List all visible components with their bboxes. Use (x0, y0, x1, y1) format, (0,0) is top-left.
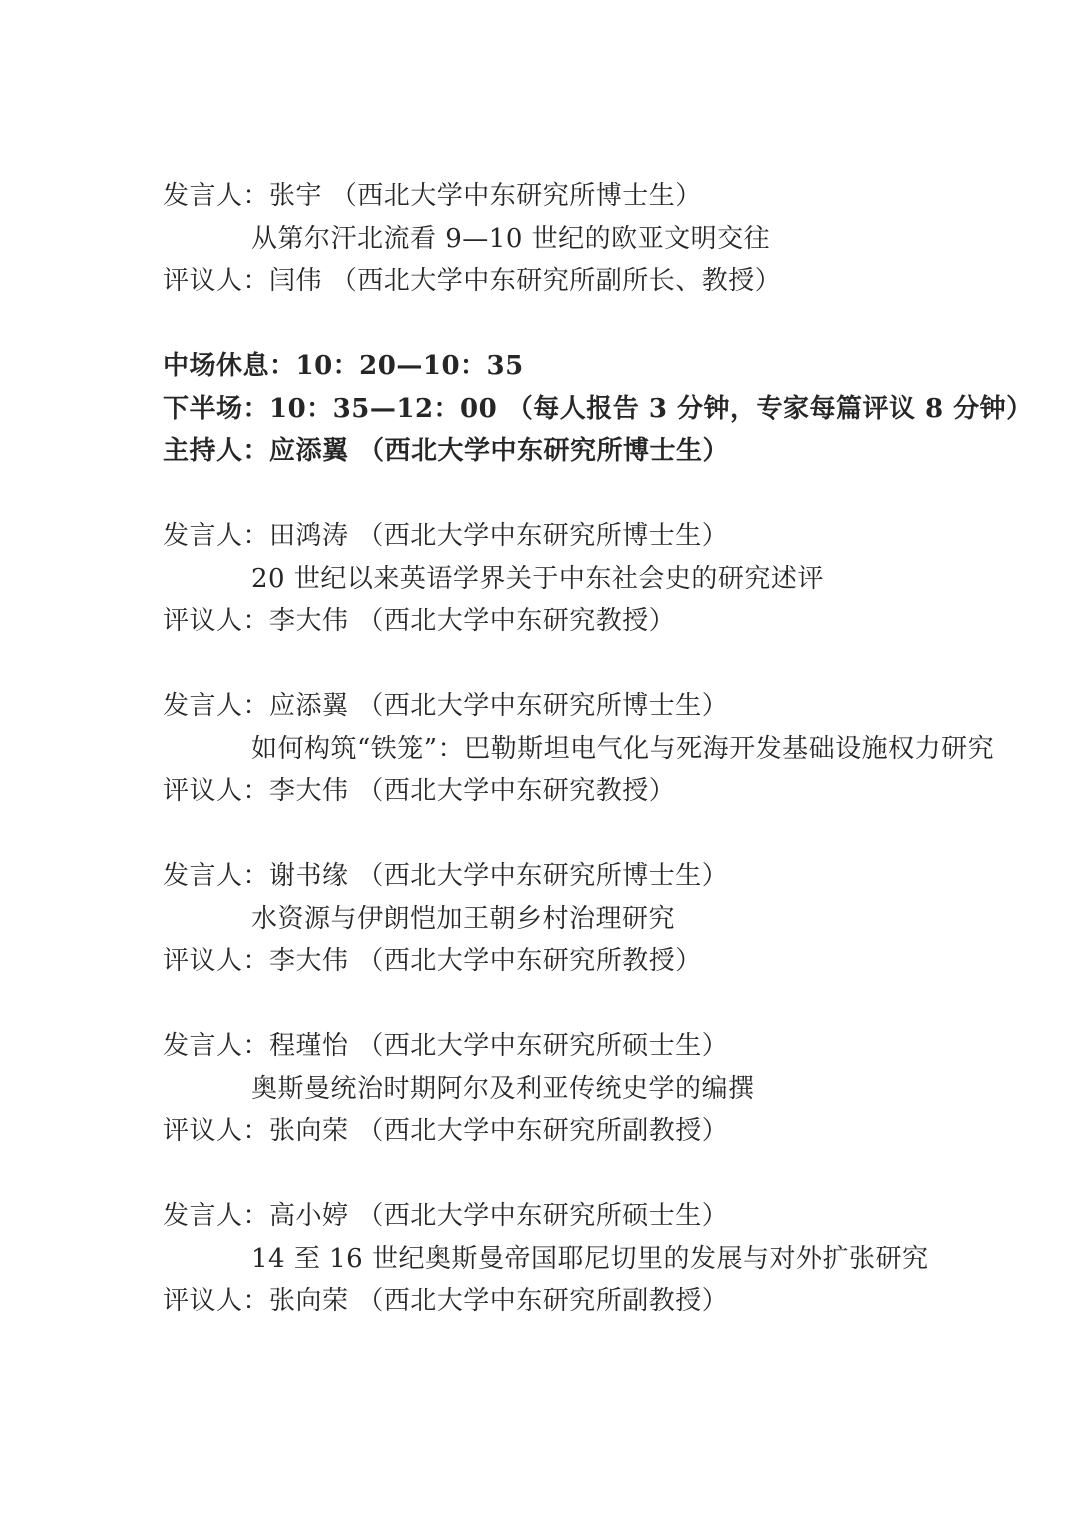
break-time-line: 中场休息：10：20—10：35 (163, 345, 1020, 388)
second-half-time-line: 下半场：10：35—12：00 （每人报告 3 分钟，专家每篇评议 8 分钟） (163, 388, 1020, 431)
paper-title-line: 从第尔汗北流看 9—10 世纪的欧亚文明交往 (163, 218, 1020, 261)
paper-title-line: 如何构筑“铁笼”：巴勒斯坦电气化与死海开发基础设施权力研究 (163, 728, 1020, 771)
speaker-line: 发言人：张宇 （西北大学中东研究所博士生） (163, 175, 1020, 218)
speaker-line: 发言人：程瑾怡 （西北大学中东研究所硕士生） (163, 1025, 1020, 1068)
paper-title-line: 20 世纪以来英语学界关于中东社会史的研究述评 (163, 558, 1020, 601)
paper-title-line: 奥斯曼统治时期阿尔及利亚传统史学的编撰 (163, 1068, 1020, 1111)
session-block: 发言人：田鸿涛 （西北大学中东研究所博士生） 20 世纪以来英语学界关于中东社会… (163, 515, 1020, 643)
host-line: 主持人：应添翼 （西北大学中东研究所博士生） (163, 430, 1020, 473)
session-block: 发言人：应添翼 （西北大学中东研究所博士生） 如何构筑“铁笼”：巴勒斯坦电气化与… (163, 685, 1020, 813)
speaker-line: 发言人：应添翼 （西北大学中东研究所博士生） (163, 685, 1020, 728)
schedule-block: 中场休息：10：20—10：35 下半场：10：35—12：00 （每人报告 3… (163, 345, 1020, 473)
session-block: 发言人：高小婷 （西北大学中东研究所硕士生） 14 至 16 世纪奥斯曼帝国耶尼… (163, 1195, 1020, 1323)
reviewer-line: 评议人：李大伟 （西北大学中东研究所教授） (163, 940, 1020, 983)
session-block: 发言人：张宇 （西北大学中东研究所博士生） 从第尔汗北流看 9—10 世纪的欧亚… (163, 175, 1020, 303)
speaker-line: 发言人：谢书缘 （西北大学中东研究所博士生） (163, 855, 1020, 898)
paper-title-line: 14 至 16 世纪奥斯曼帝国耶尼切里的发展与对外扩张研究 (163, 1238, 1020, 1281)
document-page: 发言人：张宇 （西北大学中东研究所博士生） 从第尔汗北流看 9—10 世纪的欧亚… (0, 0, 1080, 1527)
speaker-line: 发言人：高小婷 （西北大学中东研究所硕士生） (163, 1195, 1020, 1238)
session-block: 发言人：程瑾怡 （西北大学中东研究所硕士生） 奥斯曼统治时期阿尔及利亚传统史学的… (163, 1025, 1020, 1153)
reviewer-line: 评议人：李大伟 （西北大学中东研究教授） (163, 770, 1020, 813)
speaker-line: 发言人：田鸿涛 （西北大学中东研究所博士生） (163, 515, 1020, 558)
reviewer-line: 评议人：李大伟 （西北大学中东研究教授） (163, 600, 1020, 643)
reviewer-line: 评议人：张向荣 （西北大学中东研究所副教授） (163, 1110, 1020, 1153)
reviewer-line: 评议人：张向荣 （西北大学中东研究所副教授） (163, 1280, 1020, 1323)
session-block: 发言人：谢书缘 （西北大学中东研究所博士生） 水资源与伊朗恺加王朝乡村治理研究 … (163, 855, 1020, 983)
paper-title-line: 水资源与伊朗恺加王朝乡村治理研究 (163, 898, 1020, 941)
reviewer-line: 评议人：闫伟 （西北大学中东研究所副所长、教授） (163, 260, 1020, 303)
